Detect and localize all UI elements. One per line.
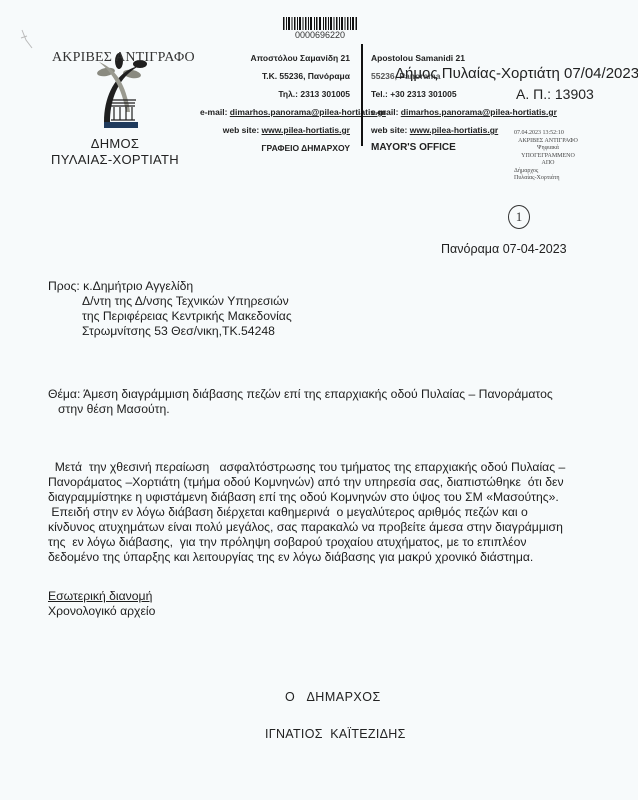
subject-block: Θέμα: Άμεση διαγράμμιση διάβασης πεζών ε… [48, 387, 553, 417]
barcode [283, 17, 357, 30]
body-line: Επειδή στην εν λόγω διάβαση διέρχεται κα… [48, 505, 628, 520]
signature-name: ΙΓΝΑΤΙΟΣ ΚΑΪΤΕΖΙΔΗΣ [265, 727, 406, 741]
municipality-line1: ΔΗΜΟΣ [45, 136, 185, 152]
signature-stamp-line2: Ψηφιακά [508, 145, 588, 153]
recipient-line2: Δ/ντη της Δ/νσης Τεχνικών Υπηρεσιών [48, 294, 292, 309]
place-date: Πανόραμα 07-04-2023 [441, 242, 567, 256]
header-english-web-link[interactable]: www.pilea-hortiatis.gr [410, 125, 498, 135]
signature-stamp-line6: Πυλαίας-Χορτιάτη [508, 175, 588, 183]
header-english-web-label: web site: [371, 125, 410, 135]
header-greek-address: Αποστόλου Σαμανίδη 21 [200, 51, 350, 69]
body-line: Μετά την χθεσινή περαίωση ασφαλτόστρωσης… [48, 460, 628, 475]
certified-copy-stamp: ΑΚΡΙΒΕΣ ΑΝΤΙΓΡΑΦΟ [52, 50, 195, 66]
municipality-name: ΔΗΜΟΣ ΠΥΛΑΙΑΣ-ΧΟΡΤΙΑΤΗ [45, 136, 185, 168]
header-greek-web-row: web site: www.pilea-hortiatis.gr [200, 123, 350, 141]
signature-stamp-line4: ΑΠΟ [508, 160, 588, 168]
signature-stamp-line3: ΥΠΟΓΕΓΡΑΜΜΕΝΟ [508, 153, 588, 161]
distribution-item: Χρονολογικό αρχείο [48, 604, 155, 619]
page-number-mark: 1 [508, 205, 530, 229]
signature-stamp-line5: Δήμαρχος [508, 168, 588, 176]
header-greek: Αποστόλου Σαμανίδη 21 Τ.Κ. 55236, Πανόρα… [200, 51, 350, 159]
body-line: κίνδυνος ατυχημάτων είναι πολύ μεγάλος, … [48, 520, 628, 535]
header-english-email-label: e-mail: [371, 107, 401, 117]
recipient-line4: Στρωμνίτσης 53 Θεσ/νικη,ΤΚ.54248 [48, 324, 292, 339]
body-line: δεδομένο της ύπαρξης και λειτουργίας της… [48, 550, 628, 565]
header-greek-office: ΓΡΑΦΕΙΟ ΔΗΜΑΡΧΟΥ [200, 141, 350, 159]
subject-line2: στην θέση Μασούτη. [48, 402, 553, 417]
distribution-block: Εσωτερική διανομή Χρονολογικό αρχείο [48, 589, 155, 619]
signature-stamp-line1: ΑΚΡΙΒΕΣ ΑΝΤΙΓΡΑΦΟ [508, 138, 588, 146]
recipient-block: Προς: κ.Δημήτριο Αγγελίδη Δ/ντη της Δ/νσ… [48, 279, 292, 339]
recipient-line3: της Περιφέρειας Κεντρικής Μακεδονίας [48, 309, 292, 324]
scan-artifact-mark [18, 28, 36, 50]
header-greek-email-label: e-mail: [200, 107, 230, 117]
digital-signature-stamp: 07.04.2023 13:52:10 ΑΚΡΙΒΕΣ ΑΝΤΙΓΡΑΦΟ Ψη… [508, 130, 588, 183]
protocol-line: Δήμος Πυλαίας-Χορτιάτη 07/04/2023 [395, 65, 638, 82]
body-line: Πανοράματος –Χορτιάτη (τμήμα οδού Κομνην… [48, 475, 628, 490]
header-greek-postal: Τ.Κ. 55236, Πανόραμα [200, 69, 350, 87]
signature-timestamp: 07.04.2023 13:52:10 [508, 130, 588, 138]
distribution-heading: Εσωτερική διανομή [48, 589, 155, 604]
header-english-web-row: web site: www.pilea-hortiatis.gr [371, 123, 501, 141]
barcode-number: 0000696220 [283, 30, 357, 40]
header-english-phone: Tel.: +30 2313 301005 [371, 87, 501, 105]
municipality-line2: ΠΥΛΑΙΑΣ-ΧΟΡΤΙΑΤΗ [45, 152, 185, 168]
header-english-office: MAYOR'S OFFICE [371, 141, 501, 159]
protocol-number: Α. Π.: 13903 [516, 86, 594, 102]
body-line: της εν λόγω διάβασης, για την πρόληψη σο… [48, 535, 628, 550]
header-greek-web-label: web site: [223, 125, 262, 135]
header-english-email-row: e-mail: dimarhos.panorama@pilea-hortiati… [371, 105, 501, 123]
header-greek-web-link[interactable]: www.pilea-hortiatis.gr [262, 125, 350, 135]
header-english-email-link[interactable]: dimarhos.panorama@pilea-hortiatis.gr [401, 107, 557, 117]
body-line: διαγραμμίστηκε η υφιστάμενη διάβαση επί … [48, 490, 628, 505]
header-divider [361, 44, 363, 146]
recipient-line1: Προς: κ.Δημήτριο Αγγελίδη [48, 279, 292, 294]
subject-line1: Θέμα: Άμεση διαγράμμιση διάβασης πεζών ε… [48, 387, 553, 402]
body-paragraph: Μετά την χθεσινή περαίωση ασφαλτόστρωσης… [48, 460, 628, 565]
header-greek-email-row: e-mail: dimarhos.panorama@pilea-hortiati… [200, 105, 350, 123]
header-greek-phone: Τηλ.: 2313 301005 [200, 87, 350, 105]
signature-title: Ο ΔΗΜΑΡΧΟΣ [285, 690, 381, 704]
